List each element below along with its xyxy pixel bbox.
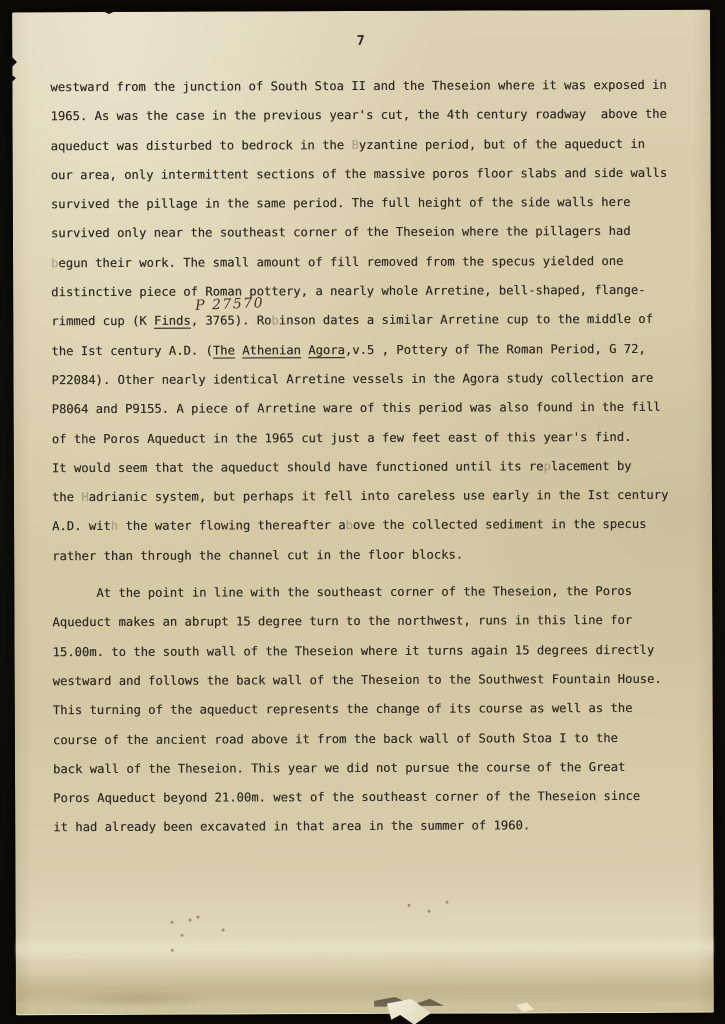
speck-dot xyxy=(428,910,431,913)
text-line: aqueduct was disturbed to bedrock in the… xyxy=(51,129,699,161)
paragraph-2: At the point in line with the southeast … xyxy=(52,577,701,843)
paper-crease xyxy=(16,935,714,964)
text-line: the Ist century A.D. (The Athenian Agora… xyxy=(51,334,699,366)
speck-dot xyxy=(171,949,174,952)
text-line: P22084). Other nearly identical Arretine… xyxy=(51,364,699,396)
text-line: Poros Aqueduct beyond 21.00m. west of th… xyxy=(53,782,701,814)
paragraph-1: westward from the junction of South Stoa… xyxy=(50,71,700,572)
speck-dot xyxy=(222,929,225,932)
handwritten-annotation: P 27570 xyxy=(195,289,265,321)
text-line: survived only near the southeast corner … xyxy=(51,217,699,249)
speck-dot xyxy=(171,921,174,924)
text-line: A.D. with the water flowing thereafter a… xyxy=(52,510,700,542)
speck-dot xyxy=(189,919,192,922)
text-line: westward from the junction of South Stoa… xyxy=(50,71,698,103)
text-line: course of the ancient road above it from… xyxy=(53,723,701,755)
text-line: begun their work. The small amount of fi… xyxy=(51,246,699,278)
paper-sheet: 7 westward from the junction of South St… xyxy=(12,10,714,1016)
text-line: At the point in line with the southeast … xyxy=(52,577,700,609)
text-line: 15.00m. to the south wall of the Theseio… xyxy=(52,635,700,667)
speck-dot xyxy=(197,916,200,919)
text-line: P8064 and P9155. A piece of Arretine war… xyxy=(52,393,700,425)
text-line: the Hadrianic system, but perhaps it fel… xyxy=(52,481,700,513)
speck-dot xyxy=(445,901,448,904)
speck-dot xyxy=(408,904,411,907)
speck-dot xyxy=(181,934,184,937)
text-line: It would seem that the aqueduct should h… xyxy=(52,452,700,484)
document-scan: 7 westward from the junction of South St… xyxy=(0,0,725,1024)
text-block: westward from the junction of South Stoa… xyxy=(50,71,701,843)
text-line: Aqueduct makes an abrupt 15 degree turn … xyxy=(52,606,700,638)
text-line: rather than through the channel cut in t… xyxy=(52,539,700,571)
paper-smudge xyxy=(64,990,214,1009)
page-number: 7 xyxy=(12,32,710,51)
text-line: our area, only intermittent sections of … xyxy=(51,159,699,191)
text-line: survived the pillage in the same period.… xyxy=(51,188,699,220)
paper-tear-chip xyxy=(516,1002,534,1012)
text-line: 1965. As was the case in the previous ye… xyxy=(50,100,698,132)
text-line: westward and follows the back wall of th… xyxy=(53,665,701,697)
text-line: This turning of the aqueduct represents … xyxy=(53,694,701,726)
text-line: back wall of the Theseion. This year we … xyxy=(53,753,701,785)
text-line: of the Poros Aqueduct in the 1965 cut ju… xyxy=(52,422,700,454)
text-line: it had already been excavated in that ar… xyxy=(53,811,701,843)
text-line: rimmed cup (K Finds, 3765). Robinson dat… xyxy=(51,305,699,337)
text-line: distinctive piece of Roman pottery, a ne… xyxy=(51,276,699,308)
